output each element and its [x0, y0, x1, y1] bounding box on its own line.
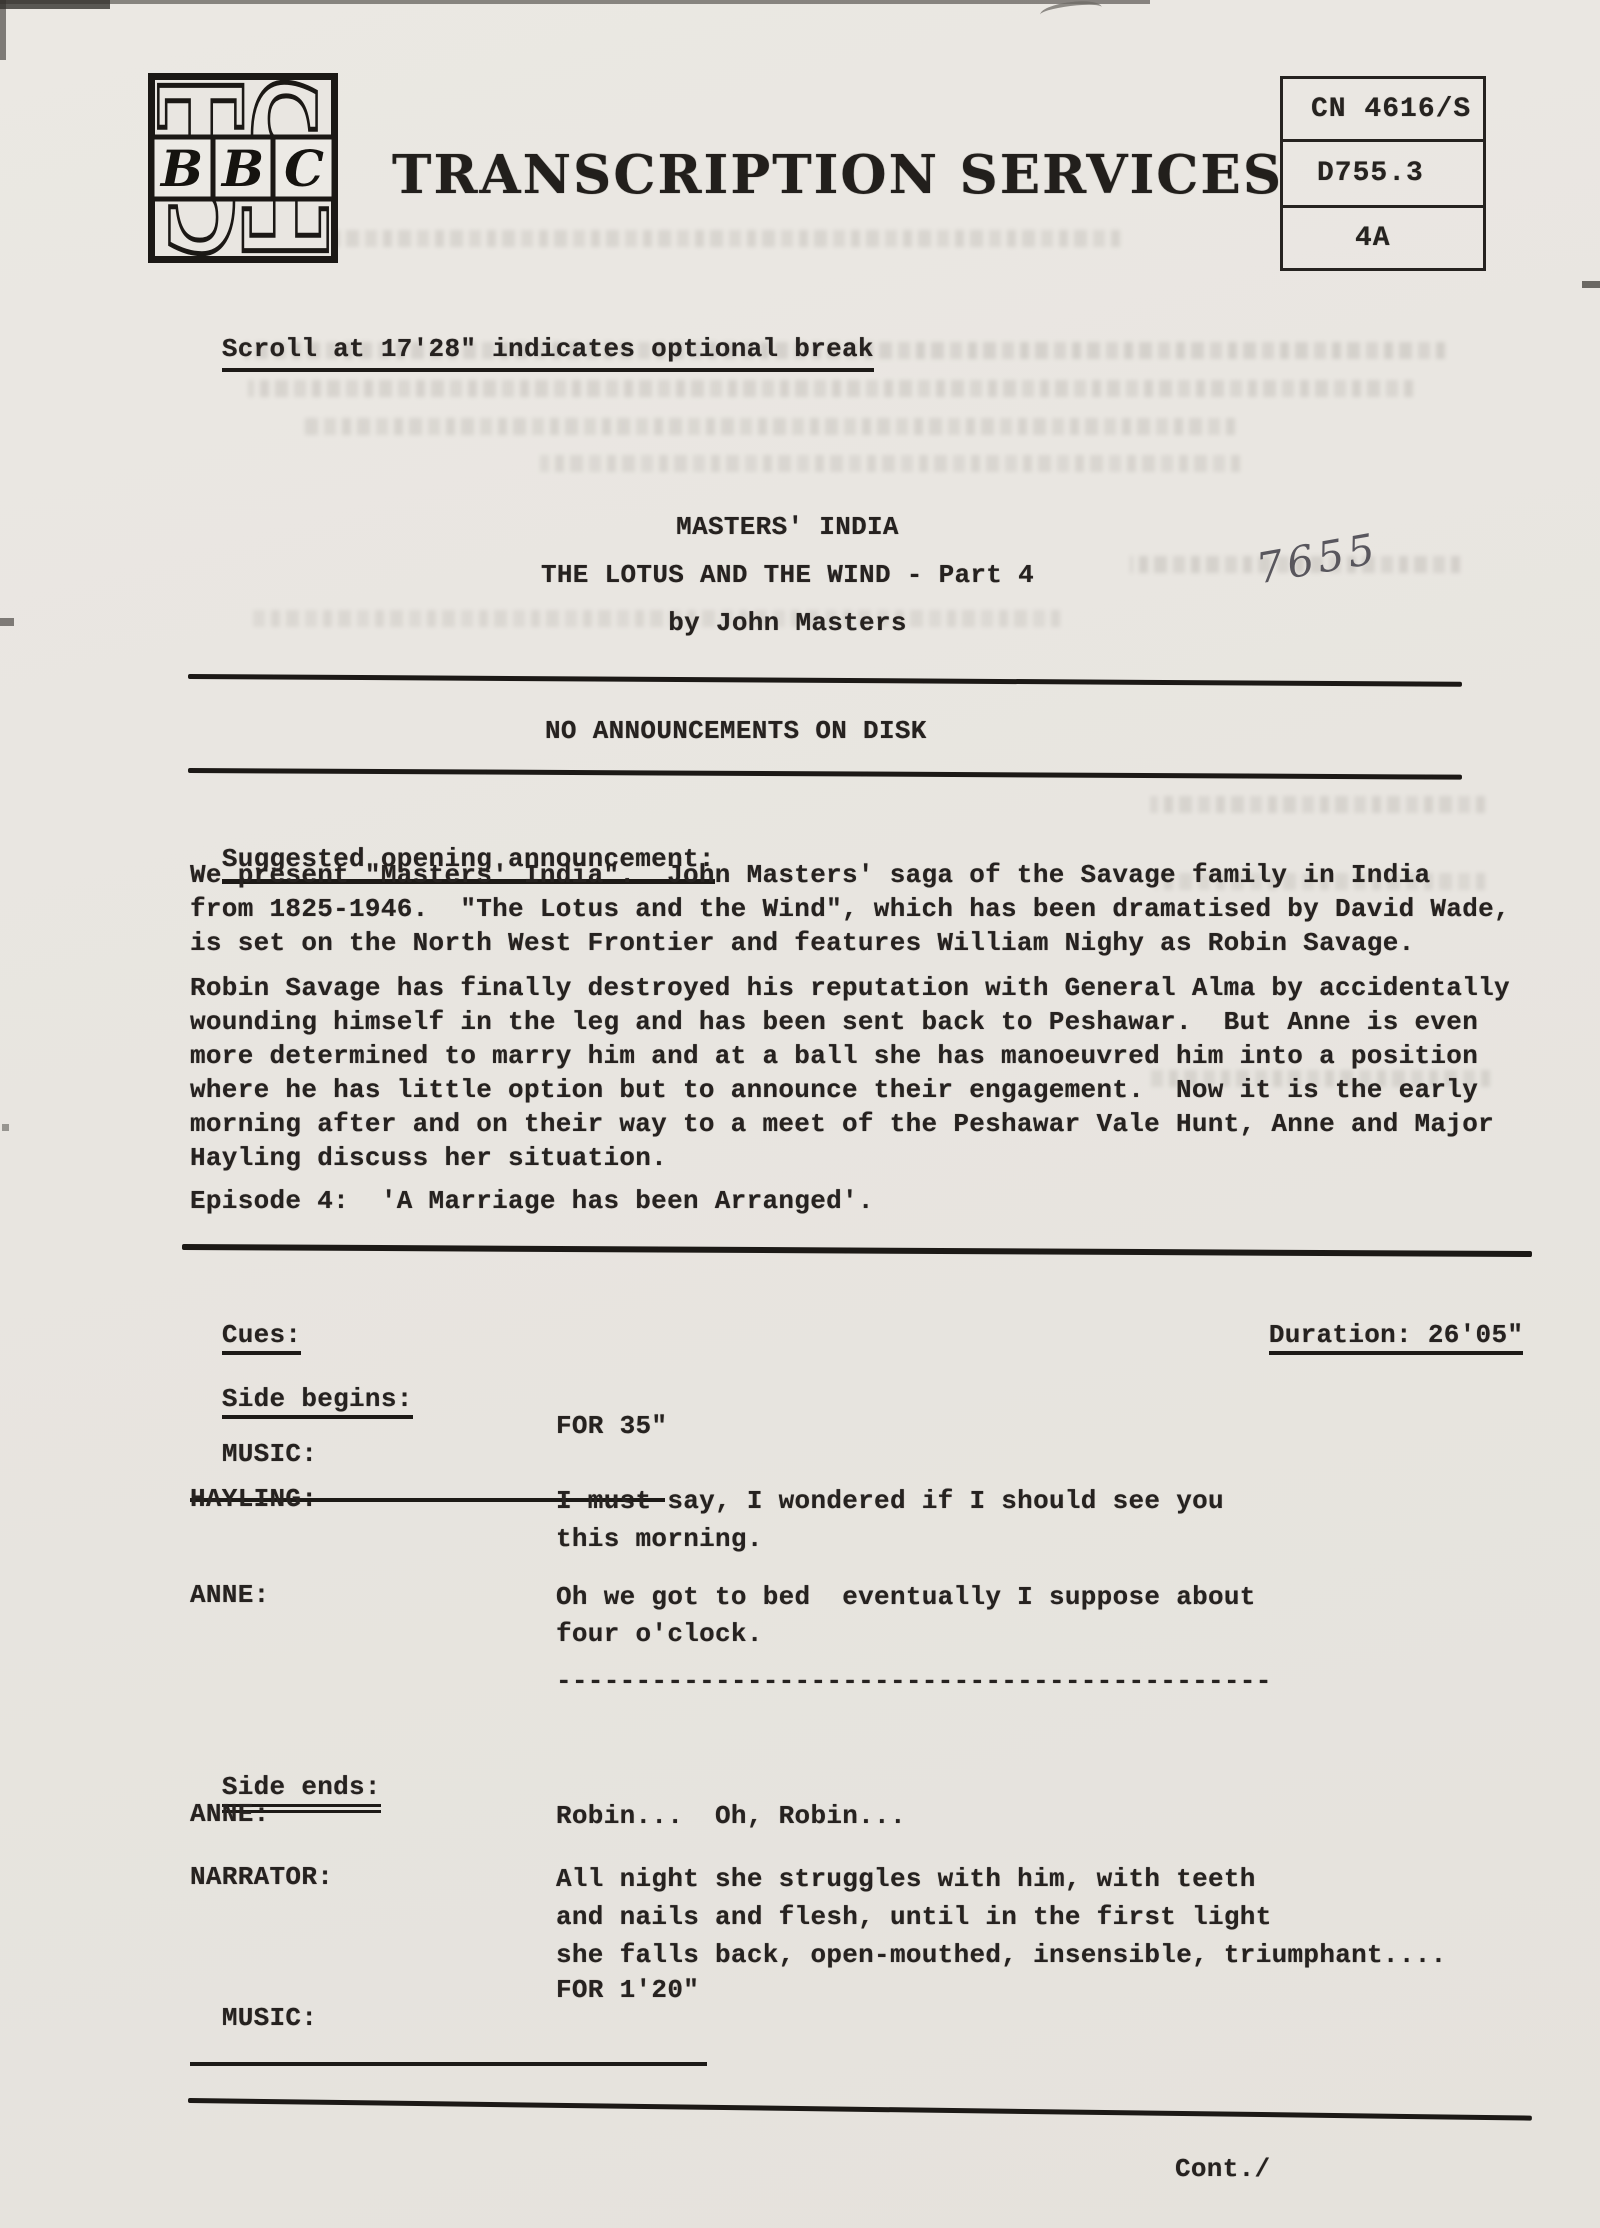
bleed-through-artifact	[1150, 796, 1485, 813]
speaker-label: ANNE:	[190, 1797, 270, 1831]
speaker-label: HAYLING:	[190, 1482, 317, 1516]
dialogue-line: I must say, I wondered if I should see y…	[556, 1482, 1224, 1520]
rule-top-upper	[188, 674, 1462, 687]
speaker-label: ANNE:	[190, 1578, 270, 1612]
dialogue-line: Robin... Oh, Robin...	[556, 1797, 906, 1835]
episode-line: Episode 4: 'A Marriage has been Arranged…	[190, 1184, 874, 1218]
synopsis-line: Robin Savage has finally destroyed his r…	[190, 971, 1510, 1005]
episode-title: THE LOTUS AND THE WIND - Part 4	[190, 558, 1385, 592]
bbc-ts-logo: TS TS B B C	[148, 73, 338, 263]
scan-edge-left-sliver	[0, 0, 6, 60]
dialogue-line: and nails and flesh, until in the first …	[556, 1898, 1272, 1936]
bleed-through-artifact	[540, 455, 1240, 472]
scanned-script-page: { "colors": { "paper": "#e9e6e1", "ink":…	[0, 0, 1600, 2228]
page-title: TRANSCRIPTION SERVICES	[392, 144, 1283, 206]
synopsis-line: more determined to marry him and at a ba…	[190, 1039, 1478, 1073]
continuation-mark: Cont./	[1175, 2152, 1270, 2186]
scan-edge-top	[0, 0, 1150, 4]
scan-edge-top-left	[0, 0, 110, 9]
opening-paragraph-line: from 1825-1946. "The Lotus and the Wind"…	[190, 892, 1510, 926]
rule-mid	[182, 1244, 1532, 1257]
synopsis-line: wounding himself in the leg and has been…	[190, 1005, 1478, 1039]
music-cue-value: FOR 35"	[556, 1412, 667, 1440]
dialogue-line: All night she struggles with him, with t…	[556, 1860, 1256, 1898]
disc-number: D755.3	[1283, 142, 1483, 208]
scroll-note: Scroll at 17'28" indicates optional brea…	[222, 334, 874, 372]
music-cue-value: FOR 1'20"	[556, 1976, 699, 2004]
bleed-through-artifact	[300, 418, 1235, 435]
synopsis-line: morning after and on their way to a meet…	[190, 1107, 1494, 1141]
dashed-separator: ----------------------------------------…	[556, 1664, 1272, 1698]
opening-paragraph-line: We present "Masters' India". John Master…	[190, 858, 1430, 892]
speaker-label: MUSIC:	[222, 1439, 317, 1469]
scan-edge-right-dash	[1582, 281, 1600, 288]
rule-top-lower	[188, 768, 1462, 780]
bleed-through-artifact	[250, 230, 1120, 247]
scan-edge-left-dash	[0, 618, 14, 626]
speaker-label: MUSIC:	[222, 2003, 317, 2033]
opening-paragraph-line: is set on the North West Frontier and fe…	[190, 926, 1415, 960]
catalog-number: CN 4616/S	[1283, 79, 1483, 142]
synopsis-line: where he has little option but to announ…	[190, 1073, 1478, 1107]
duration-value: Duration: 26'05"	[1269, 1321, 1523, 1355]
dialogue-line: she falls back, open-mouthed, insensible…	[556, 1936, 1447, 1974]
scan-edge-left-dot	[2, 1124, 9, 1131]
dialogue-line: this morning.	[556, 1520, 763, 1558]
disk-announcement-note: NO ANNOUNCEMENTS ON DISK	[545, 714, 927, 748]
catalog-stamp-box: CN 4616/S D755.3 4A	[1280, 76, 1486, 271]
music-cue-row: MUSIC: FOR 1'20"	[190, 1976, 707, 2066]
rule-bottom	[188, 2098, 1532, 2121]
dialogue-line: four o'clock.	[556, 1615, 763, 1653]
logo-letter-b1: B	[159, 139, 203, 198]
speaker-label: NARRATOR:	[190, 1860, 333, 1894]
dialogue-line: Oh we got to bed eventually I suppose ab…	[556, 1578, 1256, 1616]
logo-letter-c: C	[284, 139, 324, 198]
bleed-through-artifact	[248, 380, 1413, 397]
byline: by John Masters	[190, 606, 1385, 640]
side-number: 4A	[1283, 208, 1483, 268]
series-title: MASTERS' INDIA	[190, 510, 1385, 544]
logo-letter-b2: B	[220, 139, 264, 198]
synopsis-line: Hayling discuss her situation.	[190, 1141, 667, 1175]
